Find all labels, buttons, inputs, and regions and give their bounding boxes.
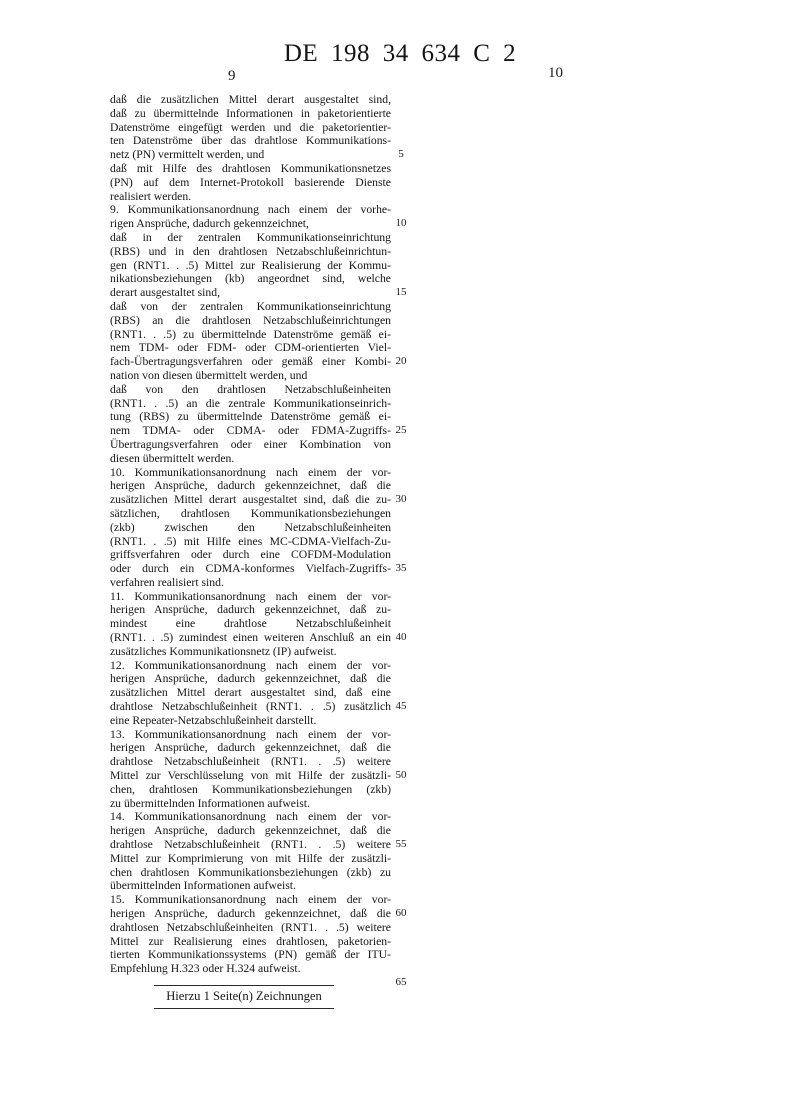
claim-text-line: herigen Ansprüche, dadurch gekennzeichne… [110, 741, 391, 755]
claim-text-line: 13. Kommunikationsanordnung nach einem d… [110, 728, 391, 742]
claim-line-text: daß in der zentralen Kommunikationseinri… [110, 231, 391, 245]
claim-text-line: drahtlose Netzabschlußeinheit (RNT1. . .… [110, 755, 391, 769]
claim-text-line: nem TDMA- oder CDMA- oder FDMA-Zugriffs-… [110, 424, 391, 438]
claim-text-line: (RBS) und in den drahtlosen Netzabschluß… [110, 245, 391, 259]
claim-line-text: realisiert werden. [110, 190, 391, 204]
claim-text-line: Empfehlung H.323 oder H.324 aufweist. [110, 962, 391, 976]
claim-line-text: verfahren realisiert sind. [110, 576, 391, 590]
claim-line-text: nikationsbeziehungen (kb) angeordnet sin… [110, 272, 391, 286]
drawings-note: Hierzu 1 Seite(n) Zeichnungen [154, 985, 334, 1009]
claim-text-line: (PN) auf dem Internet-Protokoll basieren… [110, 176, 391, 190]
claim-line-text: herigen Ansprüche, dadurch gekennzeichne… [110, 741, 391, 755]
claim-line-text: ten Datenströme über das drahtlose Kommu… [110, 134, 391, 148]
claim-text-line: sätzlichen, drahtlosen Kommunikationsbez… [110, 507, 391, 521]
claim-line-text: daß von den drahtlosen Netzabschlußeinhe… [110, 383, 391, 397]
claim-text-line: mindest eine drahtlose Netzabschlußeinhe… [110, 617, 391, 631]
claim-line-text: sätzlichen, drahtlosen Kommunikationsbez… [110, 507, 391, 521]
claim-text-line: derart ausgestaltet sind, 15 [110, 286, 391, 300]
claim-line-text: griffsverfahren oder durch eine COFDM-Mo… [110, 548, 391, 562]
claim-line-text: (RNT1. . .5) an die zentrale Kommunikati… [110, 397, 391, 411]
claim-text-line: Übertragungsverfahren oder einer Kombina… [110, 438, 391, 452]
claim-text-line: drahtlose Netzabschlußeinheit (RNT1. . .… [110, 838, 391, 852]
claim-line-text: herigen Ansprüche, dadurch gekennzeichne… [110, 824, 391, 838]
claim-line-text: 15. Kommunikationsanordnung nach einem d… [110, 893, 391, 907]
column-number-right: 10 [548, 65, 563, 82]
claim-text-line: herigen Ansprüche, dadurch gekennzeichne… [110, 907, 391, 921]
claim-line-text: drahtlose Netzabschlußeinheit (RNT1. . .… [110, 700, 391, 714]
claim-text-line: verfahren realisiert sind. [110, 576, 391, 590]
claim-line-text: 14. Kommunikationsanordnung nach einem d… [110, 810, 391, 824]
claim-text-line: gen (RNT1. . .5) Mittel zur Realisierung… [110, 259, 391, 273]
claim-line-text: gen (RNT1. . .5) Mittel zur Realisierung… [110, 259, 391, 273]
claim-line-text: daß die zusätzlichen Mittel derart ausge… [110, 93, 391, 107]
claim-line-text: tierten Kommunikationssystems (PN) gemäß… [110, 948, 391, 962]
claim-line-text: netz (PN) vermittelt werden, und [110, 148, 391, 162]
claim-text-line: zu übermittelnden Informationen aufweist… [110, 797, 391, 811]
margin-line-number: 35 [390, 562, 412, 576]
claim-text-line: daß die zusätzlichen Mittel derart ausge… [110, 93, 391, 107]
claim-text-line: nem TDM- oder FDM- oder CDM-orientierten… [110, 341, 391, 355]
claim-line-text: drahtlose Netzabschlußeinheit (RNT1. . .… [110, 838, 391, 852]
claim-text-line: chen drahtlosen Kommunikationsbeziehunge… [110, 866, 391, 880]
claim-text-line: herigen Ansprüche, dadurch gekennzeichne… [110, 603, 391, 617]
claim-line-text: tung (RBS) zu übermittelnde Datenströme … [110, 410, 391, 424]
claim-line-text: fach-Übertragungsverfahren oder gemäß ei… [110, 355, 391, 369]
claim-line-text: nem TDMA- oder CDMA- oder FDMA-Zugriffs- [110, 424, 391, 438]
claim-line-text: übermittelnden Informationen aufweist. [110, 879, 391, 893]
claims-column: daß die zusätzlichen Mittel derart ausge… [110, 93, 391, 990]
claim-text-line: 12. Kommunikationsanordnung nach einem d… [110, 659, 391, 673]
claim-line-text: oder durch ein CDMA-konformes Vielfach-Z… [110, 562, 391, 576]
claim-text-line: fach-Übertragungsverfahren oder gemäß ei… [110, 355, 391, 369]
claim-text-line: 10. Kommunikationsanordnung nach einem d… [110, 466, 391, 480]
margin-line-number: 10 [390, 217, 412, 231]
claim-text-line: griffsverfahren oder durch eine COFDM-Mo… [110, 548, 391, 562]
claim-text-line: rigen Ansprüche, dadurch gekennzeichnet,… [110, 217, 391, 231]
claim-line-text: (RNT1. . .5) zu übermittelnde Datenström… [110, 328, 391, 342]
claim-line-text: zusätzlichen Mittel derart ausgestaltet … [110, 493, 391, 507]
claim-line-text: Übertragungsverfahren oder einer Kombina… [110, 438, 391, 452]
claim-line-text: daß mit Hilfe des drahtlosen Kommunikati… [110, 162, 391, 176]
margin-line-number: 40 [390, 631, 412, 645]
claim-line-text: 12. Kommunikationsanordnung nach einem d… [110, 659, 391, 673]
claim-line-text: (RBS) an die drahtlosen Netzabschlußeinr… [110, 314, 391, 328]
claim-text-line: herigen Ansprüche, dadurch gekennzeichne… [110, 824, 391, 838]
claim-line-text: (RNT1. . .5) zumindest einen weiteren An… [110, 631, 391, 645]
claim-text-line: daß zu übermittelnde Informationen in pa… [110, 107, 391, 121]
claim-text-line: (RNT1. . .5) zumindest einen weiteren An… [110, 631, 391, 645]
claim-text-line: (RNT1. . .5) mit Hilfe eines MC-CDMA-Vie… [110, 535, 391, 549]
claim-line-text: zusätzlichen Mittel derart ausgestaltet … [110, 686, 391, 700]
claim-text-line: daß mit Hilfe des drahtlosen Kommunikati… [110, 162, 391, 176]
claim-text-line: zusätzlichen Mittel derart ausgestaltet … [110, 686, 391, 700]
claim-line-text: (RBS) und in den drahtlosen Netzabschluß… [110, 245, 391, 259]
claim-text-line: chen, drahtlosen Kommunikationsbeziehung… [110, 783, 391, 797]
margin-line-number: 25 [390, 424, 412, 438]
claim-line-text: Mittel zur Verschlüsselung von mit Hilfe… [110, 769, 391, 783]
claim-line-text: daß von der zentralen Kommunikationseinr… [110, 300, 391, 314]
claim-text-line: Mittel zur Verschlüsselung von mit Hilfe… [110, 769, 391, 783]
claim-line-text: herigen Ansprüche, dadurch gekennzeichne… [110, 479, 391, 493]
claim-line-text: (RNT1. . .5) mit Hilfe eines MC-CDMA-Vie… [110, 535, 391, 549]
claim-text-line: Mittel zur Komprimierung von mit Hilfe d… [110, 852, 391, 866]
claim-text-line: (zkb) zwischen den Netzabschlußeinheiten [110, 521, 391, 535]
claim-line-text: eine Repeater-Netzabschlußeinheit darste… [110, 714, 391, 728]
margin-line-number: 50 [390, 769, 412, 783]
claim-text-line: nation von diesen übermittelt werden, un… [110, 369, 391, 383]
claim-line-text: daß zu übermittelnde Informationen in pa… [110, 107, 391, 121]
claim-line-text: zusätzliches Kommunikationsnetz (IP) auf… [110, 645, 391, 659]
claim-text-line: oder durch ein CDMA-konformes Vielfach-Z… [110, 562, 391, 576]
claim-line-text: Empfehlung H.323 oder H.324 aufweist. [110, 962, 391, 976]
claim-text-line: 15. Kommunikationsanordnung nach einem d… [110, 893, 391, 907]
claim-text-line: daß von der zentralen Kommunikationseinr… [110, 300, 391, 314]
margin-line-number: 60 [390, 907, 412, 921]
claim-line-text: herigen Ansprüche, dadurch gekennzeichne… [110, 603, 391, 617]
claim-text-line: realisiert werden. [110, 190, 391, 204]
claim-line-text: (zkb) zwischen den Netzabschlußeinheiten [110, 521, 391, 535]
claim-line-text: Mittel zur Komprimierung von mit Hilfe d… [110, 852, 391, 866]
claim-text-line: (RNT1. . .5) an die zentrale Kommunikati… [110, 397, 391, 411]
claim-line-text: 13. Kommunikationsanordnung nach einem d… [110, 728, 391, 742]
claim-text-line: drahtlose Netzabschlußeinheit (RNT1. . .… [110, 700, 391, 714]
margin-line-number: 65 [390, 976, 412, 990]
claim-line-text: herigen Ansprüche, dadurch gekennzeichne… [110, 672, 391, 686]
claim-line-text: drahtlose Netzabschlußeinheit (RNT1. . .… [110, 755, 391, 769]
claim-line-text: 9. Kommunikationsanordnung nach einem de… [110, 203, 391, 217]
claim-line-text: nem TDM- oder FDM- oder CDM-orientierten… [110, 341, 391, 355]
claim-text-line: daß in der zentralen Kommunikationseinri… [110, 231, 391, 245]
drawings-note-text: Hierzu 1 Seite(n) Zeichnungen [166, 989, 322, 1003]
claim-text-line: netz (PN) vermittelt werden, und 5 [110, 148, 391, 162]
claim-text-line: 11. Kommunikationsanordnung nach einem d… [110, 590, 391, 604]
claim-text-line: ten Datenströme über das drahtlose Kommu… [110, 134, 391, 148]
claim-line-text: Datenströme eingefügt werden und die pak… [110, 121, 391, 135]
patent-document-page: DE 198 34 634 C 2 9 10 daß die zusätzlic… [0, 0, 800, 1101]
claim-line-text: mindest eine drahtlose Netzabschlußeinhe… [110, 617, 391, 631]
claim-text-line: (RBS) an die drahtlosen Netzabschlußeinr… [110, 314, 391, 328]
margin-line-number: 20 [390, 355, 412, 369]
claim-text-line: nikationsbeziehungen (kb) angeordnet sin… [110, 272, 391, 286]
column-number-left: 9 [228, 68, 236, 85]
claim-line-text: 10. Kommunikationsanordnung nach einem d… [110, 466, 391, 480]
claim-line-text: Mittel zur Realisierung eines drahtlosen… [110, 935, 391, 949]
claim-text-line: herigen Ansprüche, dadurch gekennzeichne… [110, 479, 391, 493]
claim-text-line: daß von den drahtlosen Netzabschlußeinhe… [110, 383, 391, 397]
margin-line-number: 15 [390, 286, 412, 300]
margin-line-number: 55 [390, 838, 412, 852]
margin-line-number: 45 [390, 700, 412, 714]
claim-text-line: diesen übermittelt werden. [110, 452, 391, 466]
claim-text-line: Datenströme eingefügt werden und die pak… [110, 121, 391, 135]
claim-text-line: zusätzlichen Mittel derart ausgestaltet … [110, 493, 391, 507]
claim-line-text: drahtlosen Netzabschlußeinheiten (RNT1. … [110, 921, 391, 935]
claim-line-text: rigen Ansprüche, dadurch gekennzeichnet, [110, 217, 391, 231]
claim-line-text: chen drahtlosen Kommunikationsbeziehunge… [110, 866, 391, 880]
claim-line-text: herigen Ansprüche, dadurch gekennzeichne… [110, 907, 391, 921]
claim-text-line: herigen Ansprüche, dadurch gekennzeichne… [110, 672, 391, 686]
claim-line-text: (PN) auf dem Internet-Protokoll basieren… [110, 176, 391, 190]
patent-publication-number: DE 198 34 634 C 2 [0, 40, 800, 68]
claim-line-text: derart ausgestaltet sind, [110, 286, 391, 300]
claim-line-text: chen, drahtlosen Kommunikationsbeziehung… [110, 783, 391, 797]
claim-text-line: Mittel zur Realisierung eines drahtlosen… [110, 935, 391, 949]
claim-line-text: zu übermittelnden Informationen aufweist… [110, 797, 391, 811]
claim-text-line: 14. Kommunikationsanordnung nach einem d… [110, 810, 391, 824]
margin-line-number: 5 [390, 148, 412, 162]
claim-text-line: zusätzliches Kommunikationsnetz (IP) auf… [110, 645, 391, 659]
margin-line-number: 30 [390, 493, 412, 507]
claim-line-text: nation von diesen übermittelt werden, un… [110, 369, 391, 383]
claim-line-text: diesen übermittelt werden. [110, 452, 391, 466]
claim-text-line: tierten Kommunikationssystems (PN) gemäß… [110, 948, 391, 962]
claim-line-text: 11. Kommunikationsanordnung nach einem d… [110, 590, 391, 604]
claim-text-line: drahtlosen Netzabschlußeinheiten (RNT1. … [110, 921, 391, 935]
claim-text-line: (RNT1. . .5) zu übermittelnde Datenström… [110, 328, 391, 342]
claim-text-line: eine Repeater-Netzabschlußeinheit darste… [110, 714, 391, 728]
claim-text-line: übermittelnden Informationen aufweist. [110, 879, 391, 893]
claim-text-line: 9. Kommunikationsanordnung nach einem de… [110, 203, 391, 217]
claim-text-line: tung (RBS) zu übermittelnde Datenströme … [110, 410, 391, 424]
